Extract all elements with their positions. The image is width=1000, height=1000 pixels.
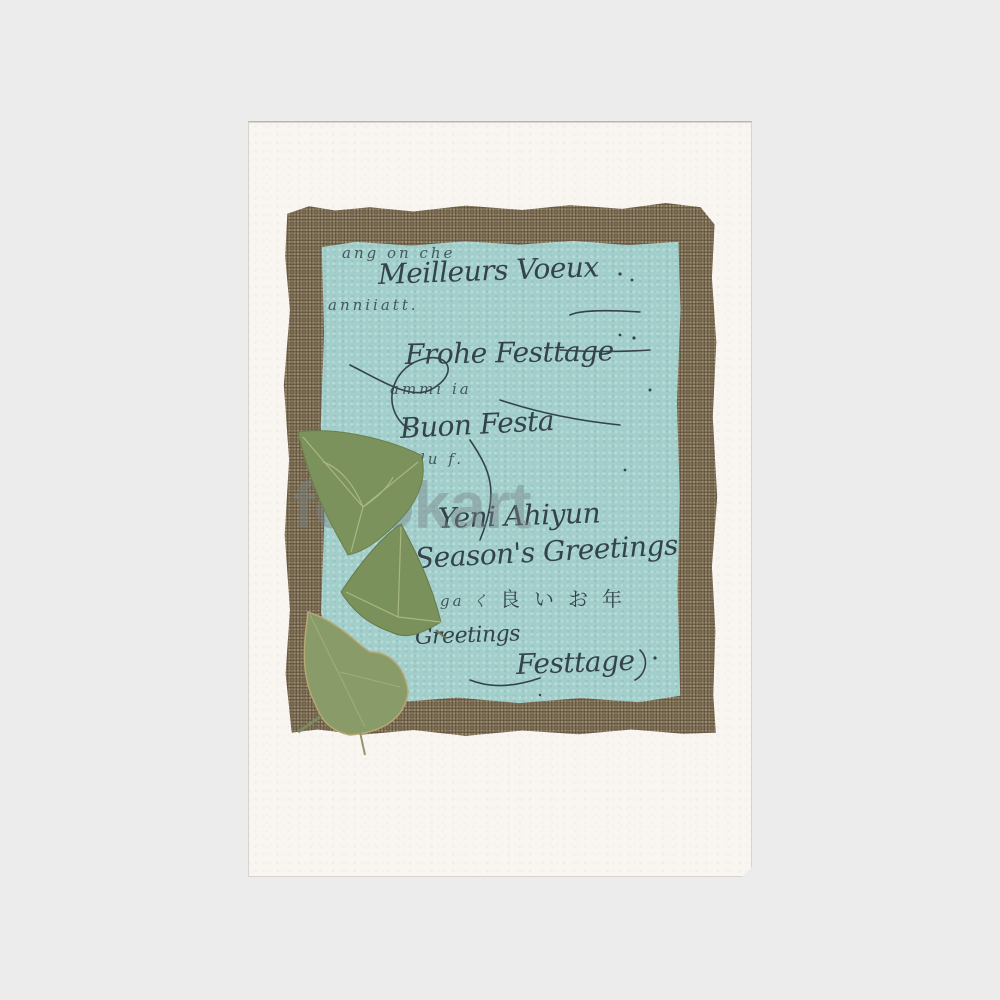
ivy-leaf-bottom [290,607,420,757]
greeting-card: ang on che Meilleurs Voeux anniiatt. Fro… [248,122,752,877]
